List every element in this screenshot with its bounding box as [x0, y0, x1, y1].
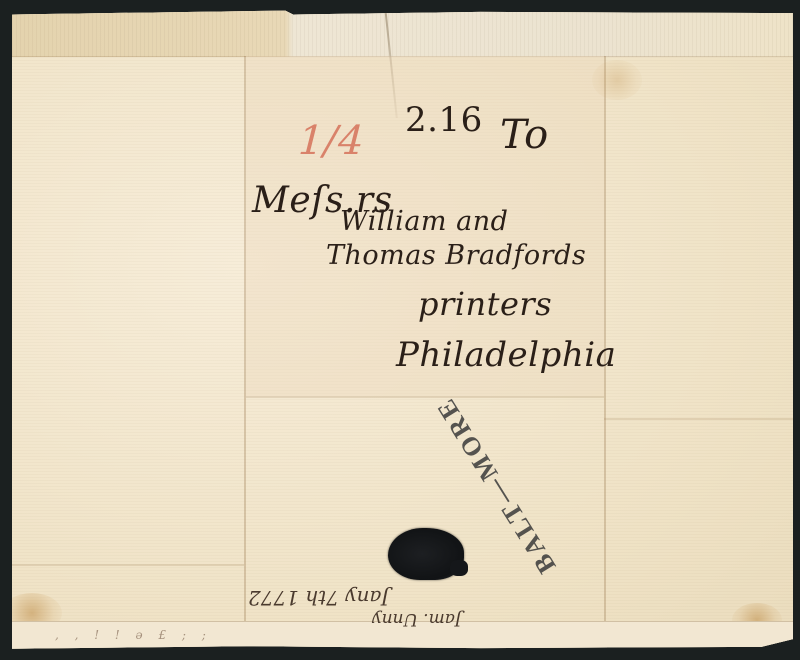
- address-line-1: William and: [340, 206, 508, 237]
- address-line-2: Thomas Bradfords: [326, 240, 586, 271]
- top-flap: [12, 8, 793, 57]
- address-line-4: Philadelphia: [396, 335, 616, 375]
- fold-line-horizontal-right: [604, 418, 793, 420]
- manuscript-rate: 2.16: [405, 100, 483, 140]
- fold-line-horizontal: [246, 396, 604, 398]
- paid-marking: To: [500, 112, 549, 158]
- docketing-name: Jam. Unny: [372, 609, 462, 629]
- fold-line-horizontal-left: [12, 564, 244, 566]
- faint-marks: , , ! ! ə £ ; ;: [55, 628, 212, 642]
- stain-top: [592, 60, 642, 100]
- wax-seal-fragment: [450, 560, 468, 576]
- fold-line-left: [244, 56, 246, 622]
- address-line-3: printers: [418, 285, 552, 323]
- red-rate-marking: 1/4: [292, 118, 369, 164]
- docketing-date: Jany 7th 1772: [248, 586, 389, 610]
